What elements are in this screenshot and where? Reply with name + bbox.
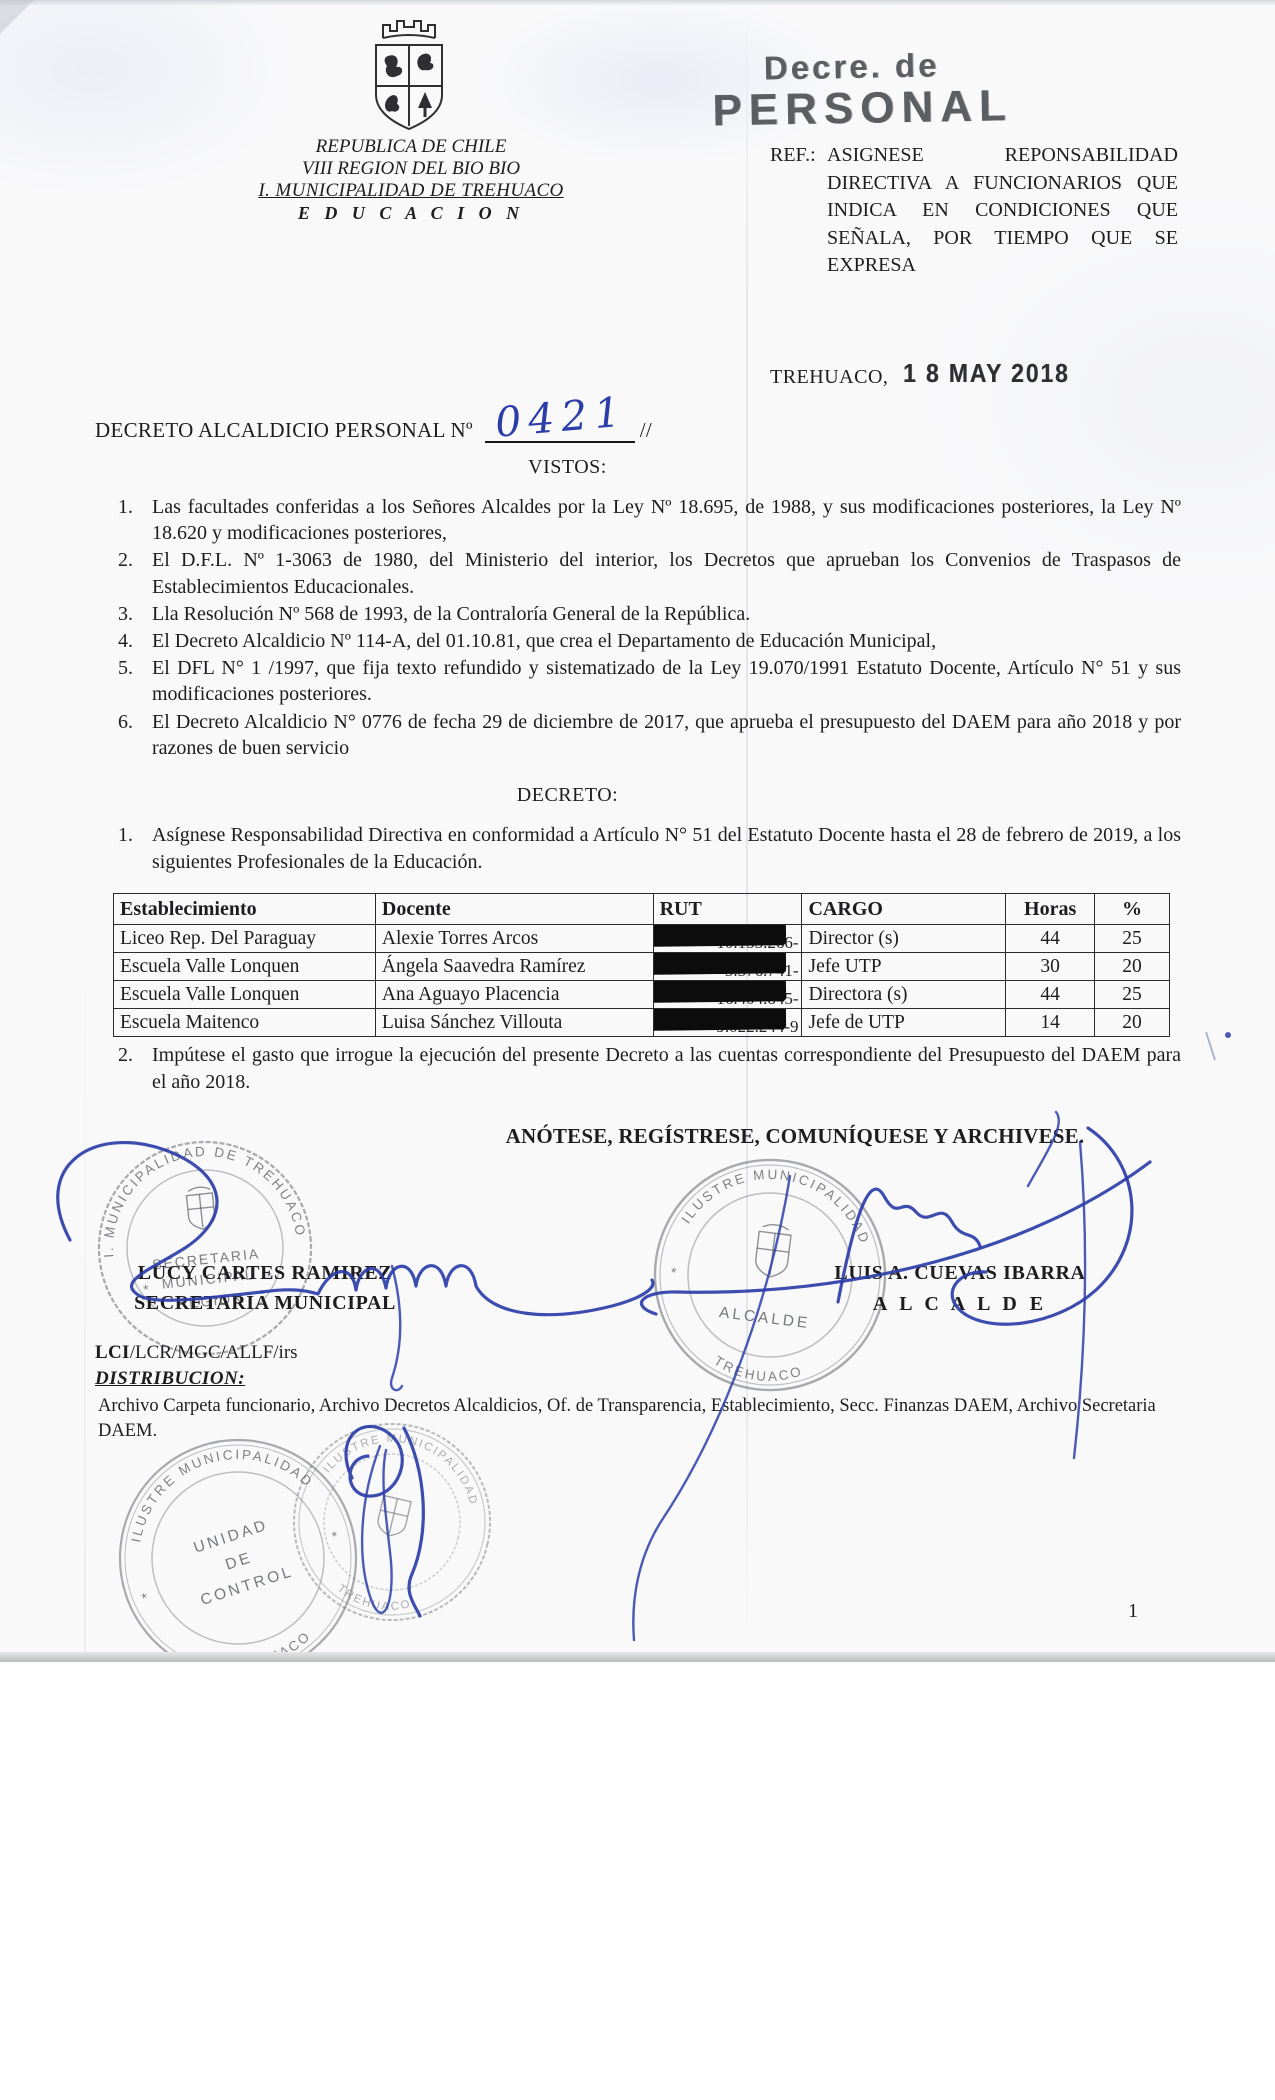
dateline-city: TREHUACO, (770, 366, 888, 389)
cell-docente: Luisa Sánchez Villouta (375, 1009, 653, 1037)
cell-establecimiento: Liceo Rep. Del Paraguay (114, 925, 376, 953)
item-text: Lla Resolución Nº 568 de 1993, de la Con… (152, 601, 1181, 627)
initials-rest: /LCR/MGC/ALLF/irs (130, 1342, 298, 1363)
stamp-ring-text: TREHUACO (710, 1352, 807, 1389)
signature-block-alcalde: LUIS A. CUEVAS IBARRA A L C A L D E (775, 1258, 1145, 1320)
item-number: 4. (95, 628, 152, 654)
vistos-item: 3. Lla Resolución Nº 568 de 1993, de la … (95, 601, 1181, 627)
table-row: Escuela Maitenco Luisa Sánchez Villouta … (114, 1009, 1170, 1037)
stamp-line-2: PERSONAL (712, 82, 993, 137)
vistos-item: 2. El D.F.L. Nº 1-3063 de 1980, del Mini… (95, 547, 1181, 599)
reference-text: ASIGNESE REPONSABILIDAD DIRECTIVA A FUNC… (827, 142, 1178, 280)
stamp-center-text: DE (223, 1549, 254, 1574)
cell-cargo: Director (s) (802, 925, 1006, 953)
cell-docente: Alexie Torres Arcos (375, 925, 653, 953)
table-row: Escuela Valle Lonquen Ana Aguayo Placenc… (114, 981, 1170, 1009)
redaction-bar (653, 1009, 785, 1031)
decreto-item-1: 1. Asígnese Responsabilidad Directiva en… (95, 822, 1181, 877)
scanned-decree-document: REPUBLICA DE CHILE VIII REGION DEL BIO B… (0, 0, 1275, 2100)
vistos-item: 1. Las facultades conferidas a los Señor… (95, 494, 1181, 546)
cell-rut: 10.153.266- (653, 925, 802, 953)
coat-of-arms-icon (363, 12, 455, 138)
cell-pct: 25 (1094, 981, 1169, 1009)
cell-pct: 20 (1094, 953, 1169, 981)
table-row: Escuela Valle Lonquen Ángela Saavedra Ra… (114, 953, 1170, 981)
item-number: 3. (95, 601, 152, 627)
vistos-item: 6. El Decreto Alcaldicio N° 0776 de fech… (95, 709, 1181, 761)
letterhead-municipality: I. MUNICIPALIDAD DE TREHUACO (241, 180, 581, 202)
decree-number-underline: 0421 (485, 419, 635, 443)
vistos-item: 4. El Decreto Alcaldicio Nº 114-A, del 0… (95, 628, 1181, 654)
decree-number-prefix: DECRETO ALCALDICIO PERSONAL Nº (95, 418, 473, 442)
scan-bottom-shadow (0, 1652, 1275, 1662)
cell-cargo: Jefe de UTP (802, 1009, 1006, 1037)
item-number: 5. (95, 655, 152, 707)
vistos-title: VISTOS: (0, 456, 1135, 479)
scan-corner-fold (0, 0, 34, 34)
reference-label: REF.: (770, 142, 816, 170)
reference-block: REF.: ASIGNESE REPONSABILIDAD DIRECTIVA … (770, 142, 1178, 280)
cell-establecimiento: Escuela Maitenco (114, 1009, 376, 1037)
redaction-bar (653, 981, 785, 1003)
letterhead: REPUBLICA DE CHILE VIII REGION DEL BIO B… (241, 136, 581, 224)
scan-fold-line-2 (84, 900, 86, 1652)
cell-establecimiento: Escuela Valle Lonquen (114, 981, 376, 1009)
vistos-list: 1. Las facultades conferidas a los Señor… (95, 494, 1181, 762)
redaction-bar (653, 925, 785, 947)
cell-horas: 44 (1006, 981, 1095, 1009)
cell-docente: Ángela Saavedra Ramírez (375, 953, 653, 981)
svg-text:TREHUACO: TREHUACO (710, 1352, 807, 1389)
secretaria-round-stamp: I. MUNICIPALIDAD DE TREHUACO SECRETARIA … (79, 1122, 332, 1375)
signer-name: LUIS A. CUEVAS IBARRA (775, 1258, 1145, 1289)
item-text: Asígnese Responsabilidad Directiva en co… (152, 822, 1181, 876)
cell-horas: 14 (1006, 1009, 1095, 1037)
vistos-item: 5. El DFL N° 1 /1997, que fija texto ref… (95, 655, 1181, 707)
drafting-initials: LCI/LCR/MGC/ALLF/irs (95, 1342, 298, 1364)
cell-horas: 30 (1006, 953, 1095, 981)
signer-title: SECRETARIA MUNICIPAL (95, 1288, 435, 1318)
cell-cargo: Jefe UTP (802, 953, 1006, 981)
col-establecimiento: Establecimiento (114, 894, 376, 925)
scan-top-edge (0, 0, 1275, 6)
item-text: El Decreto Alcaldicio N° 0776 de fecha 2… (152, 709, 1181, 761)
cell-rut: 3.376.741- (653, 953, 802, 981)
item-number: 2. (95, 547, 152, 599)
letterhead-country: REPUBLICA DE CHILE (241, 136, 581, 158)
stamp-center-text: UNIDAD (192, 1517, 271, 1557)
col-cargo: CARGO (802, 894, 1006, 925)
decree-number-suffix: // (640, 418, 652, 442)
pen-mark (1198, 1028, 1242, 1068)
col-pct: % (1094, 894, 1169, 925)
decreto-item-2: 2. Impútese el gasto que irrogue la ejec… (95, 1042, 1181, 1097)
decreto-title: DECRETO: (0, 784, 1135, 807)
scan-page: REPUBLICA DE CHILE VIII REGION DEL BIO B… (0, 0, 1275, 1662)
item-text: Impútese el gasto que irrogue la ejecuci… (152, 1042, 1181, 1096)
item-text: Las facultades conferidas a los Señores … (152, 494, 1181, 546)
distribution-label: DISTRIBUCION: (95, 1368, 245, 1390)
signature-block-secretaria: LUCY CARTES RAMIREZ SECRETARIA MUNICIPAL (95, 1258, 435, 1318)
cell-pct: 20 (1094, 1009, 1169, 1037)
stamp-star: * (140, 1589, 152, 1607)
cell-establecimiento: Escuela Valle Lonquen (114, 953, 376, 981)
item-text: El DFL N° 1 /1997, que fija texto refund… (152, 655, 1181, 707)
letterhead-region: VIII REGION DEL BIO BIO (241, 158, 581, 180)
item-text: El Decreto Alcaldicio Nº 114-A, del 01.1… (152, 628, 1181, 654)
signer-title: A L C A L D E (775, 1289, 1145, 1320)
letterhead-department: E D U C A C I O N (241, 202, 581, 224)
col-rut: RUT (653, 894, 802, 925)
handwritten-decree-number: 0421 (493, 387, 629, 446)
cell-rut: 16.404.845- (653, 981, 802, 1009)
cell-horas: 44 (1006, 925, 1095, 953)
col-docente: Docente (375, 894, 653, 925)
redaction-bar (653, 953, 785, 975)
item-number: 6. (95, 709, 152, 761)
table-header-row: Establecimiento Docente RUT CARGO Horas … (114, 894, 1170, 925)
stamp-star: * (670, 1264, 679, 1281)
col-horas: Horas (1006, 894, 1095, 925)
signer-name: LUCY CARTES RAMIREZ (95, 1258, 435, 1288)
cell-pct: 25 (1094, 925, 1169, 953)
item-number: 1. (95, 494, 152, 546)
initials-bold: LCI (95, 1342, 130, 1363)
cell-docente: Ana Aguayo Placencia (375, 981, 653, 1009)
item-number: 2. (95, 1042, 152, 1096)
item-number: 1. (95, 822, 152, 876)
assignments-table: Establecimiento Docente RUT CARGO Horas … (113, 893, 1170, 1037)
cell-rut: 9.022.244-9 (653, 1009, 802, 1037)
date-stamp: 1 8 MAY 2018 (903, 359, 1070, 389)
page-number: 1 (1128, 1600, 1138, 1623)
cell-cargo: Directora (s) (802, 981, 1006, 1009)
closing-formula: ANÓTESE, REGÍSTRESE, COMUNÍQUESE Y ARCHI… (415, 1124, 1175, 1149)
table-row: Liceo Rep. Del Paraguay Alexie Torres Ar… (114, 925, 1170, 953)
personnel-decree-stamp: Decre. de PERSONAL (711, 46, 992, 137)
decree-number-line: DECRETO ALCALDICIO PERSONAL Nº0421// (95, 418, 652, 443)
item-text: El D.F.L. Nº 1-3063 de 1980, del Ministe… (152, 547, 1181, 599)
